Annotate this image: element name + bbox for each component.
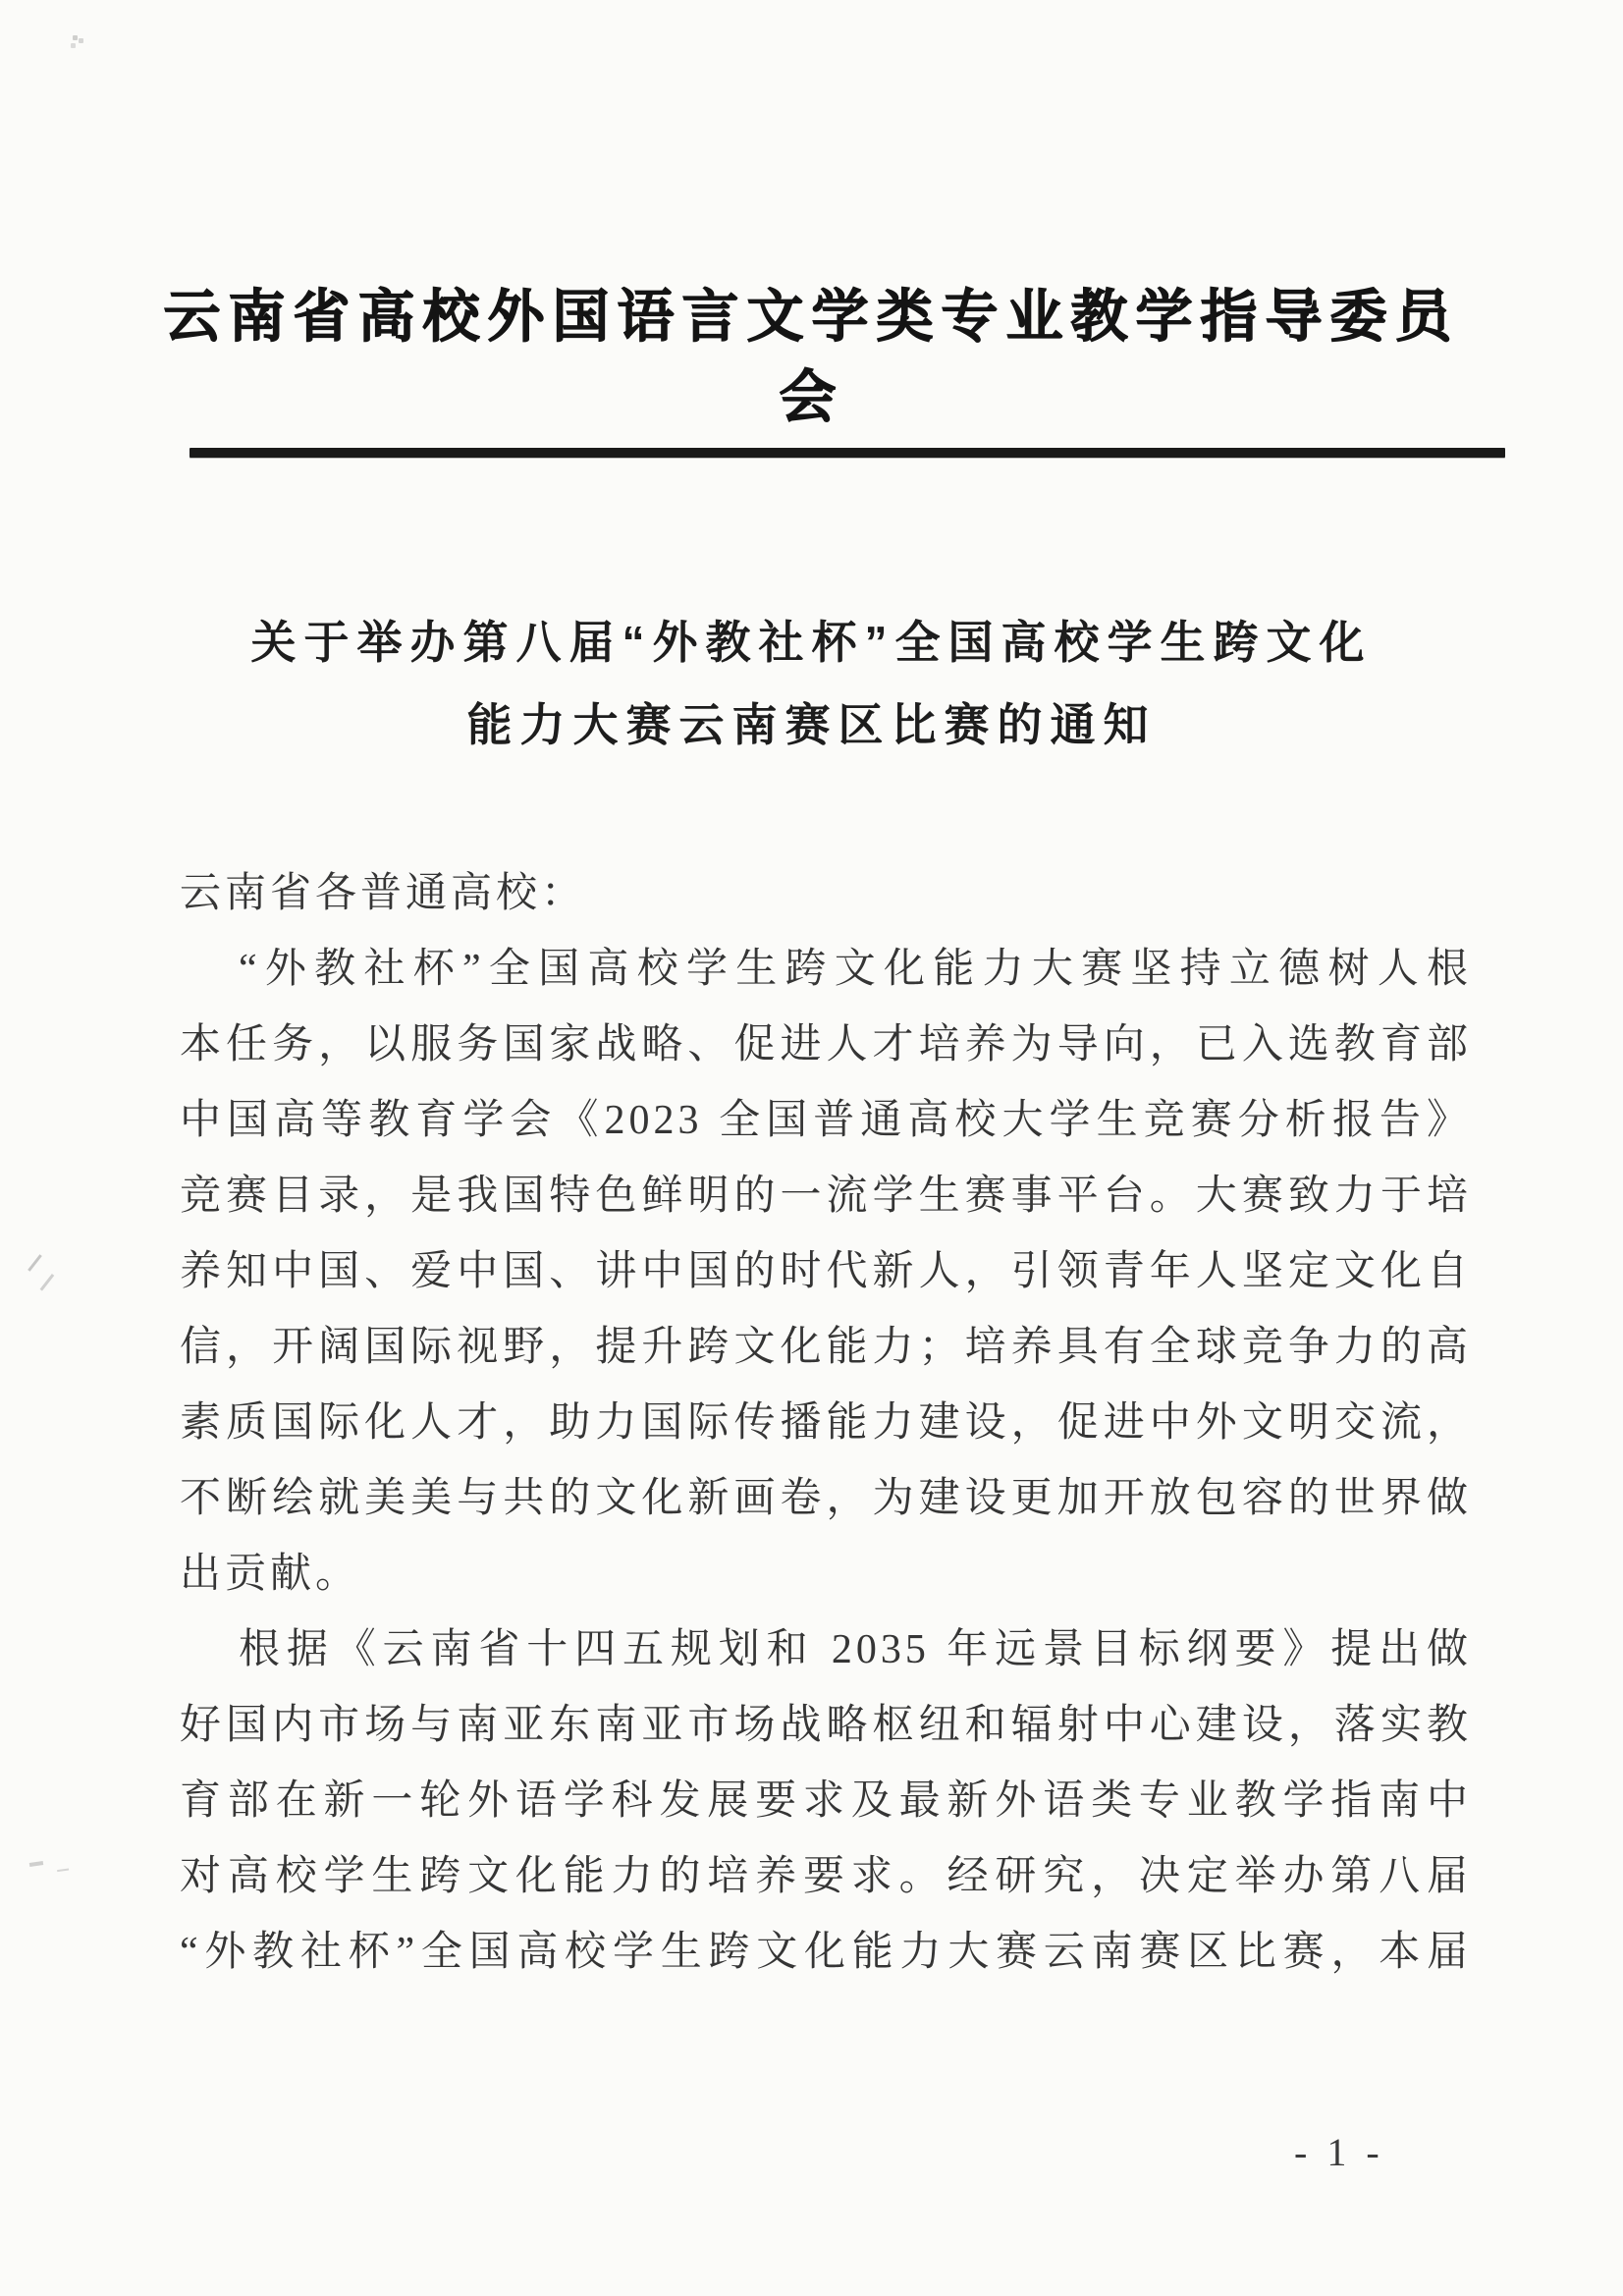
body-line: 信，开阔国际视野，提升跨文化能力；培养具有全球竞争力的高 bbox=[180, 1310, 1472, 1386]
masthead-rule bbox=[189, 448, 1505, 458]
notice-title-line1: 关于举办第八届“外教社杯”全国高校学生跨文化 bbox=[118, 601, 1505, 683]
body-line: 养知中国、爱中国、讲中国的时代新人，引领青年人坚定文化自 bbox=[180, 1234, 1472, 1310]
document-body: 云南省各普通高校： “外教社杯”全国高校学生跨文化能力大赛坚持立德树人根 本任务… bbox=[180, 856, 1472, 1991]
body-line: 出贡献。 bbox=[180, 1537, 1472, 1613]
body-line: 不断绘就美美与共的文化新画卷，为建设更加开放包容的世界做 bbox=[180, 1461, 1472, 1537]
body-line: “外教社杯”全国高校学生跨文化能力大赛云南赛区比赛，本届 bbox=[180, 1915, 1472, 1991]
organization-title-line1: 云南省高校外国语言文学类专业教学指导委员 bbox=[118, 277, 1505, 357]
page-number: - 1 - bbox=[1294, 2129, 1384, 2175]
body-line: 中国高等教育学会《2023 全国普通高校大学生竞赛分析报告》 bbox=[180, 1083, 1472, 1159]
body-line: 根据《云南省十四五规划和 2035 年远景目标纲要》提出做 bbox=[180, 1613, 1472, 1688]
salutation-line: 云南省各普通高校： bbox=[180, 856, 1472, 932]
scan-artifact bbox=[27, 1254, 42, 1272]
body-line: 素质国际化人才，助力国际传播能力建设，促进中外文明交流， bbox=[180, 1386, 1472, 1461]
scan-artifact bbox=[73, 35, 78, 40]
body-line: 育部在新一轮外语学科发展要求及最新外语类专业教学指南中 bbox=[180, 1764, 1472, 1839]
scan-artifact bbox=[29, 1861, 43, 1867]
body-line: 本任务，以服务国家战略、促进人才培养为导向，已入选教育部 bbox=[180, 1008, 1472, 1083]
scanned-document-page: 云南省高校外国语言文学类专业教学指导委员 会 关于举办第八届“外教社杯”全国高校… bbox=[0, 0, 1623, 2296]
body-line: 竞赛目录，是我国特色鲜明的一流学生赛事平台。大赛致力于培 bbox=[180, 1159, 1472, 1234]
notice-title-line2: 能力大赛云南赛区比赛的通知 bbox=[118, 683, 1505, 766]
organization-title-line2: 会 bbox=[118, 357, 1505, 438]
body-line: “外教社杯”全国高校学生跨文化能力大赛坚持立德树人根 bbox=[180, 932, 1472, 1008]
body-line: 对高校学生跨文化能力的培养要求。经研究，决定举办第八届 bbox=[180, 1839, 1472, 1915]
organization-title: 云南省高校外国语言文学类专业教学指导委员 会 bbox=[118, 277, 1505, 438]
body-line: 好国内市场与南亚东南亚市场战略枢纽和辐射中心建设，落实教 bbox=[180, 1688, 1472, 1764]
notice-title: 关于举办第八届“外教社杯”全国高校学生跨文化 能力大赛云南赛区比赛的通知 bbox=[118, 601, 1505, 766]
